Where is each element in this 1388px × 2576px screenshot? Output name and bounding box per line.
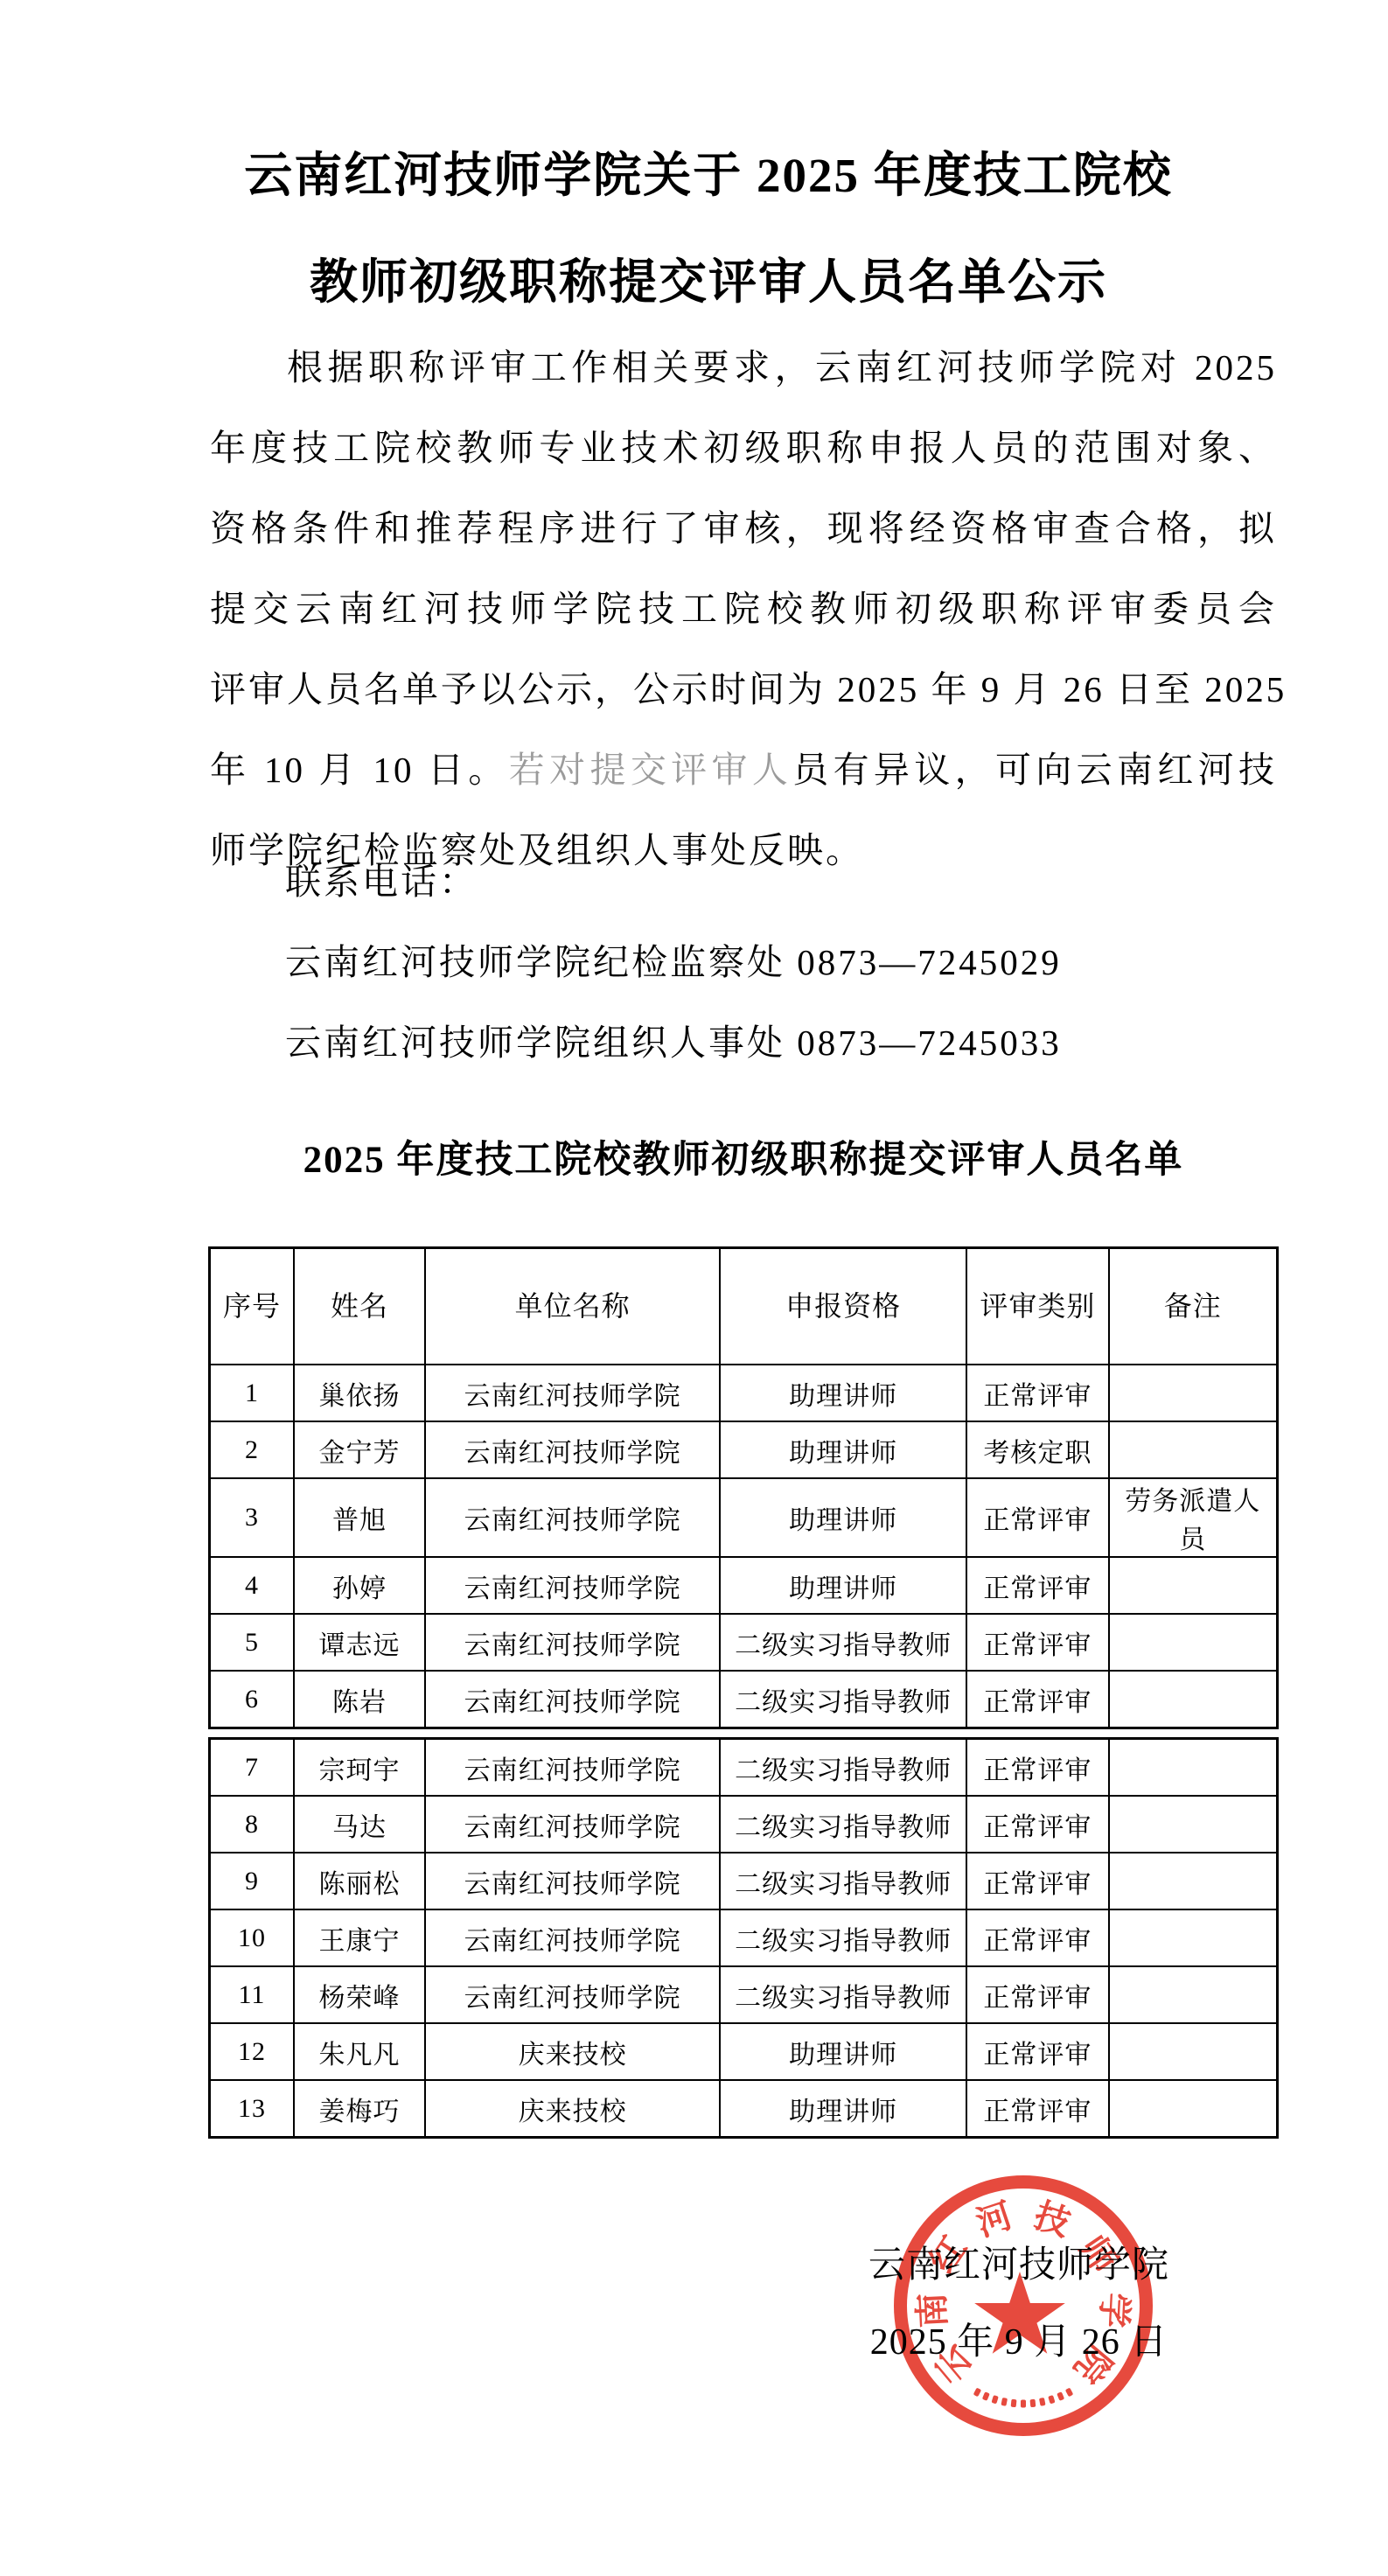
table-cell: 4 [210,1557,294,1614]
table-title: 2025 年度技工院校教师初级职称提交评审人员名单 [210,1130,1277,1191]
table-cell: 2 [210,1421,294,1478]
table-cell: 二级实习指导教师 [720,1853,966,1909]
table-cell: 云南红河技师学院 [425,1966,720,2023]
table-cell: 13 [210,2080,294,2138]
body-paragraph: 根据职称评审工作相关要求，云南红河技师学院对 2025 年度技工院校教师专业技术… [210,327,1277,890]
table-cell: 10 [210,1909,294,1966]
table-cell: 王康宁 [294,1909,425,1966]
paragraph-line: 年度技工院校教师专业技术初级职称申报人员的范围对象、 [210,408,1277,488]
paragraph-line: 提交云南红河技师学院技工院校教师初级职称评审委员会 [210,569,1277,649]
table-cell [1109,1796,1278,1853]
table-cell: 陈岩 [294,1671,425,1728]
table-cell: 云南红河技师学院 [425,1365,720,1421]
table-cell: 正常评审 [966,2080,1108,2138]
table-cell: 庆来技校 [425,2023,720,2080]
table-cell: 二级实习指导教师 [720,1671,966,1728]
table-cell: 正常评审 [966,1671,1108,1728]
table-cell: 7 [210,1739,294,1797]
table-row: 9陈丽松云南红河技师学院二级实习指导教师正常评审 [210,1853,1278,1909]
table-cell: 云南红河技师学院 [425,1853,720,1909]
table-cell: 正常评审 [966,1853,1108,1909]
table-cell: 正常评审 [966,2023,1108,2080]
table-cell: 二级实习指导教师 [720,1739,966,1797]
table-cell [1109,2023,1278,2080]
table-cell: 马达 [294,1796,425,1853]
paragraph-segment: 年 10 月 10 日。 [210,750,509,790]
table-row: 8马达云南红河技师学院二级实习指导教师正常评审 [210,1796,1278,1853]
contact-block: 联系电话： 云南红河技师学院纪检监察处 0873—7245029 云南红河技师学… [210,841,1277,1083]
table-cell: 云南红河技师学院 [425,1557,720,1614]
table-cell: 二级实习指导教师 [720,1796,966,1853]
document-title: 云南红河技师学院关于 2025 年度技工院校 教师初级职称提交评审人员名单公示 [0,122,1388,336]
column-header: 申报资格 [720,1248,966,1365]
table-cell: 11 [210,1966,294,2023]
table-cell: 正常评审 [966,1478,1108,1557]
table-cell: 正常评审 [966,1796,1108,1853]
signature-date: 2025 年 9 月 26 日 [827,2318,1211,2367]
table-row: 5谭志远云南红河技师学院二级实习指导教师正常评审 [210,1614,1278,1671]
table-cell: 金宁芳 [294,1421,425,1478]
table-cell [1109,2080,1278,2138]
table-cell: 杨荣峰 [294,1966,425,2023]
column-header: 序号 [210,1248,294,1365]
table-cell: 云南红河技师学院 [425,1614,720,1671]
table-cell [1109,1614,1278,1671]
table-cell: 3 [210,1478,294,1557]
table-cell: 巢依扬 [294,1365,425,1421]
table-row: 13姜梅巧庆来技校助理讲师正常评审 [210,2080,1278,2138]
paragraph-segment-gray: 若对提交评审人 [509,750,792,790]
roster-table-part1: 序号姓名单位名称申报资格评审类别备注 1巢依扬云南红河技师学院助理讲师正常评审2… [208,1246,1279,1729]
column-header: 单位名称 [425,1248,720,1365]
table-cell [1109,1671,1278,1728]
contact-phone-line: 云南红河技师学院纪检监察处 0873—7245029 [210,922,1277,1002]
contact-label: 联系电话： [210,841,1277,922]
table-cell: 正常评审 [966,1557,1108,1614]
table-cell: 考核定职 [966,1421,1108,1478]
table-cell: 正常评审 [966,1614,1108,1671]
table-row: 3普旭云南红河技师学院助理讲师正常评审劳务派遣人员 [210,1478,1278,1557]
table-cell: 普旭 [294,1478,425,1557]
table-cell: 宗珂宇 [294,1739,425,1797]
table-cell: 云南红河技师学院 [425,1421,720,1478]
table-cell [1109,1739,1278,1797]
table-cell: 二级实习指导教师 [720,1966,966,2023]
table-cell [1109,1853,1278,1909]
table-cell: 5 [210,1614,294,1671]
table-cell: 9 [210,1853,294,1909]
table-cell: 二级实习指导教师 [720,1614,966,1671]
table-row: 4孙婷云南红河技师学院助理讲师正常评审 [210,1557,1278,1614]
seal-dot [1030,2399,1036,2408]
table-cell: 正常评审 [966,1739,1108,1797]
document-title-line1: 云南红河技师学院关于 2025 年度技工院校 [0,122,1388,229]
table-row: 1巢依扬云南红河技师学院助理讲师正常评审 [210,1365,1278,1421]
table-cell: 云南红河技师学院 [425,1739,720,1797]
table-cell: 孙婷 [294,1557,425,1614]
table-cell [1109,1365,1278,1421]
table-cell [1109,1557,1278,1614]
table-row: 10王康宁云南红河技师学院二级实习指导教师正常评审 [210,1909,1278,1966]
table-cell: 正常评审 [966,1966,1108,2023]
table-cell: 庆来技校 [425,2080,720,2138]
table-cell [1109,1909,1278,1966]
official-seal: 云南红河技师学院 [894,2175,1153,2436]
table-cell: 8 [210,1796,294,1853]
paragraph-segment: 员有异议，可向云南红河技 [792,750,1277,790]
roster-table-part2: 7宗珂宇云南红河技师学院二级实习指导教师正常评审8马达云南红河技师学院二级实习指… [208,1737,1279,2139]
paragraph-line: 资格条件和推荐程序进行了审核，现将经资格审查合格，拟 [210,488,1277,569]
table-row: 12朱凡凡庆来技校助理讲师正常评审 [210,2023,1278,2080]
table-cell: 云南红河技师学院 [425,1909,720,1966]
table-row: 6陈岩云南红河技师学院二级实习指导教师正常评审 [210,1671,1278,1728]
table-cell: 正常评审 [966,1909,1108,1966]
table-cell: 云南红河技师学院 [425,1671,720,1728]
paragraph-line: 根据职称评审工作相关要求，云南红河技师学院对 2025 [210,327,1277,408]
paragraph-line: 评审人员名单予以公示，公示时间为 2025 年 9 月 26 日至 2025 [210,649,1277,730]
table-cell: 云南红河技师学院 [425,1478,720,1557]
table-cell: 朱凡凡 [294,2023,425,2080]
table-cell: 二级实习指导教师 [720,1909,966,1966]
seal-dot [1021,2400,1026,2408]
table-cell: 姜梅巧 [294,2080,425,2138]
table-cell: 12 [210,2023,294,2080]
seal-dot [1011,2399,1017,2408]
contact-phone-line: 云南红河技师学院组织人事处 0873—7245033 [210,1002,1277,1083]
table-cell: 云南红河技师学院 [425,1796,720,1853]
table-row: 2金宁芳云南红河技师学院助理讲师考核定职 [210,1421,1278,1478]
table-cell: 助理讲师 [720,1557,966,1614]
table-row: 7宗珂宇云南红河技师学院二级实习指导教师正常评审 [210,1739,1278,1797]
table-cell: 6 [210,1671,294,1728]
table-header-row: 序号姓名单位名称申报资格评审类别备注 [210,1248,1278,1365]
paragraph-line-mixed: 年 10 月 10 日。若对提交评审人员有异议，可向云南红河技 [210,730,1277,810]
table-cell: 助理讲师 [720,2023,966,2080]
column-header: 备注 [1109,1248,1278,1365]
table-cell [1109,1966,1278,2023]
table-cell: 谭志远 [294,1614,425,1671]
table-cell: 助理讲师 [720,2080,966,2138]
column-header: 评审类别 [966,1248,1108,1365]
table-cell: 劳务派遣人员 [1109,1478,1278,1557]
signature-org: 云南红河技师学院 [827,2241,1211,2290]
table-cell: 陈丽松 [294,1853,425,1909]
table-cell: 助理讲师 [720,1478,966,1557]
table-cell [1109,1421,1278,1478]
table-cell: 正常评审 [966,1365,1108,1421]
roster-table-wrap: 序号姓名单位名称申报资格评审类别备注 1巢依扬云南红河技师学院助理讲师正常评审2… [208,1246,1279,2139]
table-cell: 1 [210,1365,294,1421]
document-title-line2: 教师初级职称提交评审人员名单公示 [0,229,1388,336]
table-row: 11杨荣峰云南红河技师学院二级实习指导教师正常评审 [210,1966,1278,2023]
document-page: 云南红河技师学院关于 2025 年度技工院校 教师初级职称提交评审人员名单公示 … [0,0,1388,2576]
table-cell: 助理讲师 [720,1421,966,1478]
column-header: 姓名 [294,1248,425,1365]
table-cell: 助理讲师 [720,1365,966,1421]
